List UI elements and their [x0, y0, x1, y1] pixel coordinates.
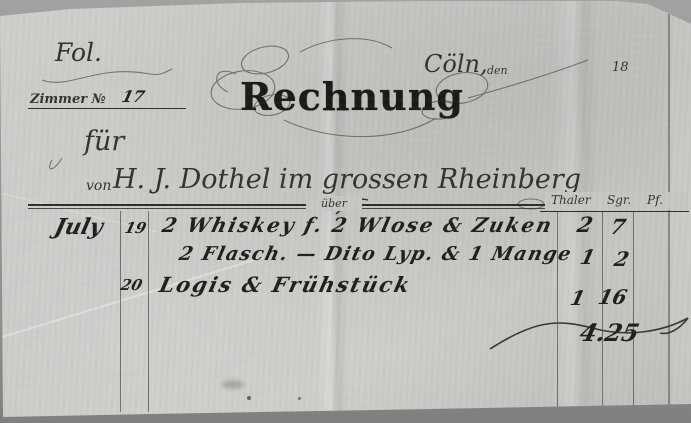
- room-number-label: Zimmer №: [30, 92, 106, 107]
- over-label: über: [306, 196, 362, 211]
- currency-header-thaler: Thaler: [551, 193, 591, 207]
- room-number-value: 17: [120, 87, 147, 106]
- entry-month: July: [52, 214, 106, 240]
- entry-day: 20: [119, 276, 144, 294]
- right-edge-strip: [671, 12, 691, 408]
- invoice-paper: Fol. Zimmer № 17 Rechnung Cöln, den 18 f…: [0, 0, 691, 423]
- currency-header-sgr: Sgr.: [607, 193, 631, 207]
- entry-thaler: 1: [578, 245, 597, 269]
- ink-dot-2: [298, 397, 301, 400]
- sgr-column-line: [602, 212, 603, 409]
- entry-sgr: 2: [612, 247, 631, 271]
- entry-day: 19: [123, 219, 148, 237]
- diagonal-crease-bottom-left: [0, 256, 264, 346]
- date-column-line-1: [120, 211, 121, 412]
- entry-sgr: 16: [596, 285, 629, 309]
- entry-description: 2 Whiskey f. 2 Wlose & Zuken: [160, 213, 556, 237]
- city-label: Cöln,: [424, 50, 488, 78]
- entry-thaler: 2: [575, 212, 595, 237]
- pf-column-line: [633, 212, 634, 408]
- issuer-name: H. J. Dothel im grossen Rheinberg: [113, 164, 581, 195]
- date-column-line-2: [148, 211, 149, 412]
- entry-description: Logis & Frühstück: [157, 272, 414, 297]
- issuer-prefix: von: [86, 178, 111, 194]
- ink-smudge: [222, 380, 244, 389]
- currency-header: Thaler Sgr. Pf.: [545, 192, 688, 210]
- thaler-column-line: [557, 212, 558, 409]
- total-amount: 4.25: [577, 318, 642, 347]
- year-prefix: 18: [612, 60, 629, 75]
- document-title: Rechnung: [240, 74, 430, 119]
- center-fold-crease: [318, 0, 348, 423]
- ink-dot: [247, 396, 251, 400]
- currency-header-underline: [540, 211, 689, 212]
- entry-sgr: 7: [608, 214, 628, 239]
- date-word: den: [487, 64, 508, 77]
- folio-label: Fol.: [55, 38, 102, 67]
- entry-thaler: 1: [568, 286, 587, 310]
- entry-description: 2 Flasch. — Dito Lyp. & 1 Mange: [177, 243, 574, 265]
- invoice-photo: Fol. Zimmer № 17 Rechnung Cöln, den 18 f…: [0, 0, 691, 423]
- for-label: für: [84, 126, 124, 157]
- right-edge-fold-line: [668, 14, 670, 406]
- currency-header-pf: Pf.: [647, 193, 663, 207]
- room-number-underline: [28, 108, 186, 109]
